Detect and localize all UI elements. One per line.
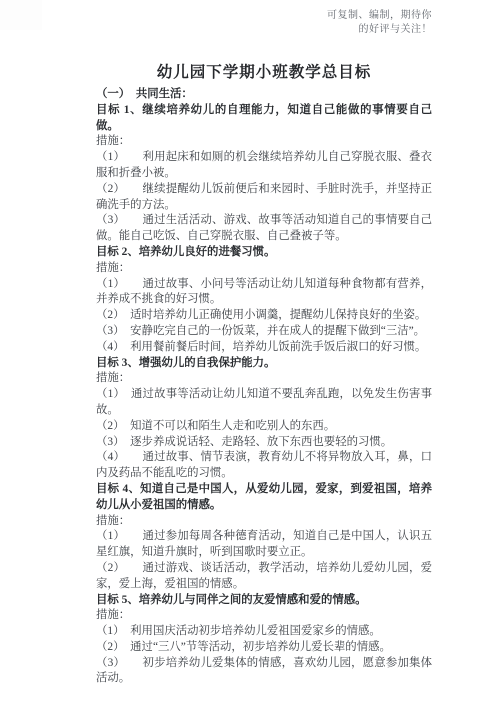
document-page: 可复制、编制，期待你 的好评与关注！ 幼儿园下学期小班教学总目标 （一） 共同生… — [0, 0, 500, 708]
page-number: 1 / 3 — [96, 656, 432, 666]
measure-item: （2） 继续提醒幼儿饭前便后和来园时、手脏时洗手，并坚持正确洗手的方法。 — [96, 182, 432, 214]
section-heading: （一） 共同生活： — [96, 87, 432, 103]
watermark-line-1: 可复制、编制，期待你 — [327, 9, 432, 23]
goal-4-measures-label: 措施： — [96, 514, 432, 530]
measure-item: （3） 逐步养成说话轻、走路轻、放下东西也要轻的习惯。 — [96, 435, 432, 451]
document-title: 幼儿园下学期小班教学总目标 — [96, 60, 432, 82]
goal-2-heading: 目标 2、培养幼儿良好的进餐习惯。 — [96, 245, 432, 261]
measure-item: （2） 适时培养幼儿正确使用小调羹，提醒幼儿保持良好的坐姿。 — [96, 308, 432, 324]
watermark-note: 可复制、编制，期待你 的好评与关注！ — [327, 9, 432, 36]
watermark-line-2: 的好评与关注！ — [327, 23, 432, 37]
measure-item: （1） 利用起床和如厕的机会继续培养幼儿自己穿脱衣服、叠衣服和折叠小被。 — [96, 150, 432, 182]
goal-1-measures-label: 措施： — [96, 134, 432, 150]
measure-item: （1） 通过故事等活动让幼儿知道不要乱奔乱跑，以免发生伤害事故。 — [96, 387, 432, 419]
goal-1-heading: 目标 1、继续培养幼儿的自理能力，知道自己能做的事情要自己做。 — [96, 103, 432, 135]
document-body: （一） 共同生活： 目标 1、继续培养幼儿的自理能力，知道自己能做的事情要自己做… — [96, 87, 432, 687]
measure-item: （1） 通过参加每周各种德育活动，知道自己是中国人，认识五星红旗，知道升旗时，听… — [96, 529, 432, 561]
measure-item: （4） 利用餐前餐后时间，培养幼儿饭前洗手饭后淑口的好习惯。 — [96, 340, 432, 356]
goal-3-heading: 目标 3、增强幼儿的自我保护能力。 — [96, 356, 432, 372]
scan-artifact — [0, 0, 42, 30]
goal-5-measures-label: 措施： — [96, 608, 432, 624]
measure-item: （3） 安静吃完自己的一份饭菜，并在成人的提醒下做到“三洁”。 — [96, 324, 432, 340]
goal-3-measures-label: 措施： — [96, 371, 432, 387]
goal-4-heading: 目标 4、知道自己是中国人，从爱幼儿园，爱家，到爱祖国，培养幼儿从小爱祖国的情感… — [96, 482, 432, 514]
goal-2-measures-label: 措施： — [96, 261, 432, 277]
goal-5-heading: 目标 5、培养幼儿与同伴之间的友爱情感和爱的情感。 — [96, 593, 432, 609]
measure-item: （1） 通过故事、小问号等活动让幼儿知道每种食物都有营养，并养成不挑食的好习惯。 — [96, 277, 432, 309]
measure-item: （2） 通过游戏、谈话活动，教学活动，培养幼儿爱幼儿园，爱家，爱上海，爱祖国的情… — [96, 561, 432, 593]
measure-item: （2） 通过“三八”节等活动，初步培养幼儿爱长辈的情感。 — [96, 640, 432, 656]
measure-item: （2） 知道不可以和陌生人走和吃别人的东西。 — [96, 419, 432, 435]
measure-item: （1） 利用国庆活动初步培养幼儿爱祖国爱家乡的情感。 — [96, 624, 432, 640]
measure-item: （4） 通过故事、情节表演，教育幼儿不将异物放入耳，鼻，口内及药品不能乱吃的习惯… — [96, 450, 432, 482]
measure-item: （3） 通过生活活动、游戏、故事等活动知道自己的事情要自己做。能自己吃饭、自己穿… — [96, 213, 432, 245]
